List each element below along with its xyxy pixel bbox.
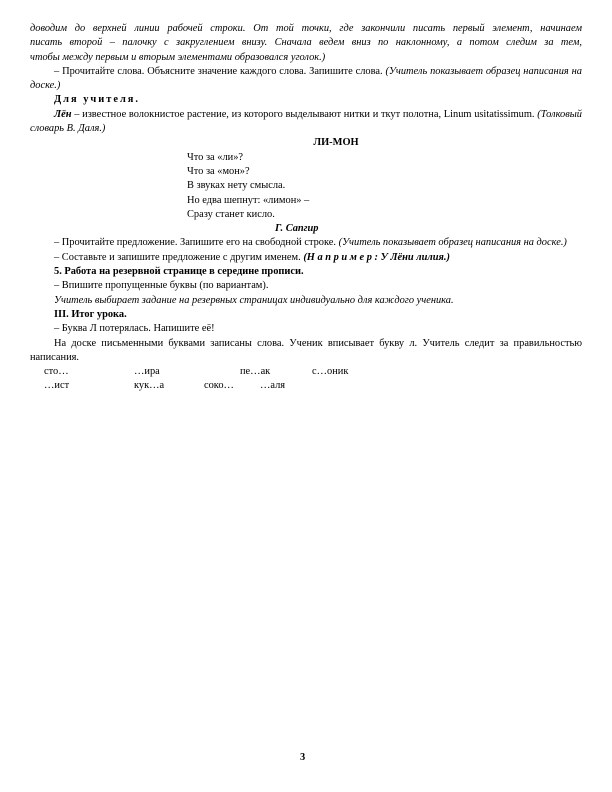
teacher-note: Учитель выбирает задание на резервных ст… bbox=[30, 294, 582, 308]
instruction-text: – Прочитайте слова. Объясните значение к… bbox=[54, 66, 385, 77]
word-blank: …ист bbox=[44, 379, 69, 393]
text-line: доводим до верхней линии рабочей строки.… bbox=[30, 22, 582, 36]
poem-line: Но едва шепнут: «лимон» – bbox=[187, 194, 582, 208]
poem-title: ЛИ-МОН bbox=[90, 136, 582, 150]
task-text: – Прочитайте предложение. Запишите его н… bbox=[54, 237, 339, 248]
text-line: чтобы между первым и вторым элементами о… bbox=[30, 51, 582, 65]
word-blank: кук…а bbox=[134, 379, 164, 393]
word-blank: с…оник bbox=[312, 365, 348, 379]
document-page: доводим до верхней линии рабочей строки.… bbox=[30, 22, 582, 394]
task-text: – Впишите пропущенные буквы (по варианта… bbox=[30, 279, 582, 293]
poem-line: В звуках нету смысла. bbox=[187, 179, 582, 193]
poem-line: Что за «мон»? bbox=[187, 165, 582, 179]
instruction-paragraph: – Прочитайте слова. Объясните значение к… bbox=[30, 65, 582, 94]
definition-paragraph: Лён – известное волокнистое растение, из… bbox=[30, 108, 582, 137]
text-line: писать второй – палочку с закруглением в… bbox=[30, 36, 582, 50]
word-row: …ист кук…а соко… …аля bbox=[30, 379, 582, 393]
word-blank: пе…ак bbox=[240, 365, 270, 379]
word-blank: …ира bbox=[134, 365, 160, 379]
word-blank: соко… bbox=[204, 379, 234, 393]
teacher-note: (Учитель показывает образец написания на… bbox=[339, 237, 567, 248]
section-heading: III. Итог урока. bbox=[30, 308, 582, 322]
poem-line: Что за «ли»? bbox=[187, 151, 582, 165]
word-blank: …аля bbox=[260, 379, 285, 393]
task-paragraph: – Прочитайте предложение. Запишите его н… bbox=[30, 236, 582, 250]
teacher-heading: Для учителя. bbox=[30, 93, 582, 107]
summary-text: – Буква Л потерялась. Напишите её! bbox=[30, 322, 582, 336]
definition-text: – известное волокнистое растение, из кот… bbox=[72, 109, 535, 120]
word-blank: сто… bbox=[44, 365, 69, 379]
task-text: – Составьте и запишите предложение с дру… bbox=[54, 252, 303, 263]
page-number: 3 bbox=[300, 752, 305, 763]
poem-line: Сразу станет кисло. bbox=[187, 208, 582, 222]
defined-word: Лён bbox=[54, 109, 72, 120]
poem-author: Г. Сапгир bbox=[275, 222, 582, 236]
poem: Что за «ли»? Что за «мон»? В звуках нету… bbox=[187, 151, 582, 222]
example-note: (Н а п р и м е р : У Лёни лилия.) bbox=[303, 252, 450, 263]
summary-text: На доске письменными буквами записаны сл… bbox=[30, 337, 582, 366]
task-paragraph: – Составьте и запишите предложение с дру… bbox=[30, 251, 582, 265]
section-heading: 5. Работа на резервной странице в середи… bbox=[30, 265, 582, 279]
word-row: сто… …ира пе…ак с…оник bbox=[30, 365, 582, 379]
